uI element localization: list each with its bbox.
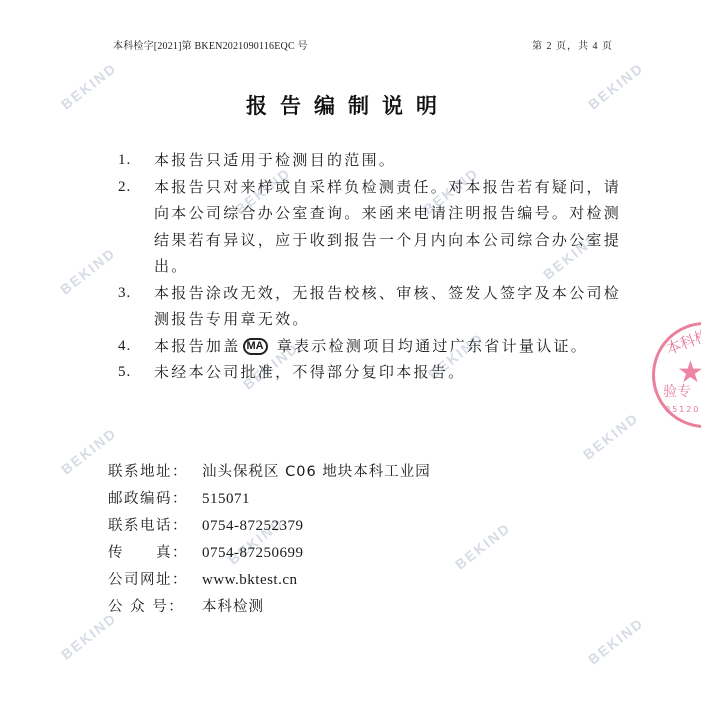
item-text-after: 章表示检测项目均通过广东省计量认证。 [270, 337, 588, 355]
contact-postcode: 邮政编码： 515071 [108, 486, 528, 513]
seal-number: 05120 [665, 405, 700, 414]
item-text: 本报告只适用于检测目的范围。 [154, 147, 638, 174]
page-title: 报告编制说明 [246, 90, 450, 120]
contact-info: 联系地址： 汕头保税区 C06 地块本科工业园 邮政编码： 515071 联系电… [108, 459, 528, 621]
contact-phone: 联系电话： 0754-87252379 [108, 513, 528, 540]
seal-bottom-text: 验专 [663, 381, 691, 401]
cma-logo-icon: MA [243, 338, 268, 355]
item-text: 本报告加盖MA 章表示检测项目均通过广东省计量认证。 [154, 333, 638, 360]
contact-label: 公 众 号： [108, 594, 202, 621]
watermark: BEKIND [585, 615, 647, 668]
contact-value[interactable]: www.bktest.cn [202, 567, 298, 594]
contact-value: 515071 [202, 486, 250, 513]
notes-list: 1. 本报告只适用于检测目的范围。 2. 本报告只对来样或自采样负检测责任。对本… [118, 147, 638, 386]
item-text: 未经本公司批准，不得部分复印本报告。 [154, 359, 638, 386]
contact-address: 联系地址： 汕头保税区 C06 地块本科工业园 [108, 459, 528, 486]
watermark: BEKIND [585, 60, 647, 113]
item-number: 2. [118, 174, 154, 280]
list-item: 3. 本报告涂改无效，无报告校核、审核、签发人签字及本公司检测报告专用章无效。 [118, 280, 638, 333]
contact-label: 联系电话： [108, 513, 202, 540]
contact-value: 0754-87250699 [202, 540, 304, 567]
item-number: 5. [118, 359, 154, 386]
item-number: 4. [118, 333, 154, 360]
watermark: BEKIND [580, 410, 642, 463]
page-info: 第 2 页，共 4 页 [532, 37, 613, 52]
contact-website: 公司网址： www.bktest.cn [108, 567, 528, 594]
list-item: 1. 本报告只适用于检测目的范围。 [118, 147, 638, 174]
list-item: 4. 本报告加盖MA 章表示检测项目均通过广东省计量认证。 [118, 333, 638, 360]
item-number: 1. [118, 147, 154, 174]
contact-label: 联系地址： [108, 459, 202, 486]
contact-wechat: 公 众 号： 本科检测 [108, 594, 528, 621]
contact-value: 汕头保税区 C06 地块本科工业园 [202, 459, 431, 486]
item-text: 本报告涂改无效，无报告校核、审核、签发人签字及本公司检测报告专用章无效。 [154, 280, 638, 333]
list-item: 2. 本报告只对来样或自采样负检测责任。对本报告若有疑问，请向本公司综合办公室查… [118, 174, 638, 280]
official-seal: 本科检 ★ 验专 05120 [652, 322, 701, 428]
contact-label: 传 真： [108, 540, 202, 567]
contact-value: 0754-87252379 [202, 513, 304, 540]
contact-fax: 传 真： 0754-87250699 [108, 540, 528, 567]
item-text: 本报告只对来样或自采样负检测责任。对本报告若有疑问，请向本公司综合办公室查询。来… [154, 174, 638, 280]
contact-label: 公司网址： [108, 567, 202, 594]
report-number: 本科检字[2021]第 BKEN2021090116EQC 号 [113, 37, 308, 52]
item-text-before: 本报告加盖 [154, 337, 241, 355]
item-number: 3. [118, 280, 154, 333]
list-item: 5. 未经本公司批准，不得部分复印本报告。 [118, 359, 638, 386]
contact-value: 本科检测 [202, 594, 264, 621]
contact-label: 邮政编码： [108, 486, 202, 513]
watermark: BEKIND [58, 60, 120, 113]
seal-top-text: 本科检 [663, 324, 701, 359]
watermark: BEKIND [57, 245, 119, 298]
